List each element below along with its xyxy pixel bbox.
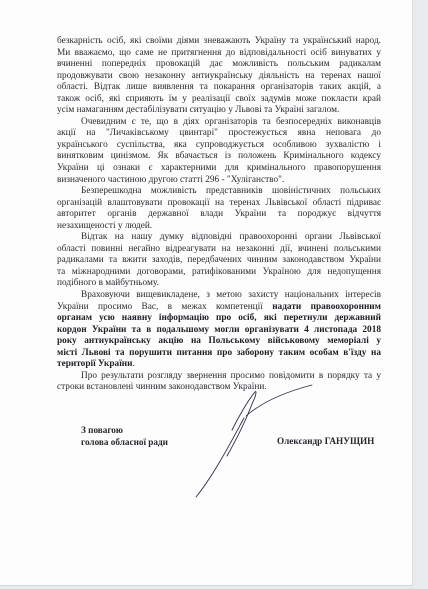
handwritten-signature-icon bbox=[0, 0, 428, 589]
document-page: безкарність осіб, які своїми діями знева… bbox=[0, 0, 413, 586]
